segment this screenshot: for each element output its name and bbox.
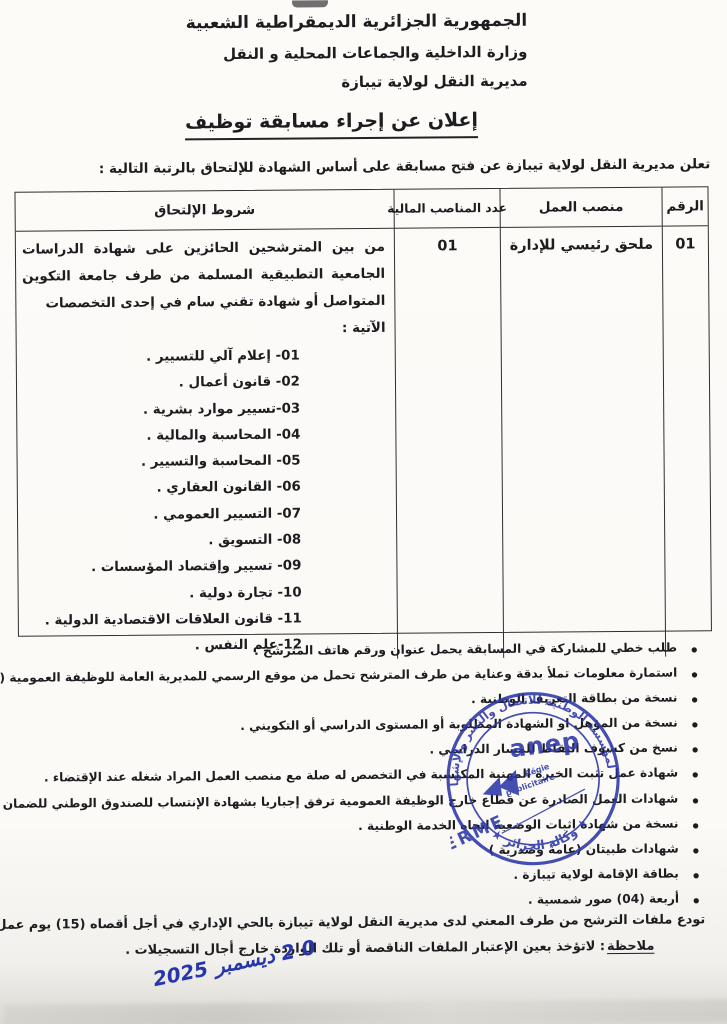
specialty-item: 06- القانون العقاري . [24,475,301,503]
note-label: ملاحظة [607,939,655,954]
ministry-title: وزارة الداخلية والجماعات المحلية و النقل [186,43,528,64]
announcement-title: إعلان عن إجراء مسابقة توظيف [185,109,478,140]
conditions-intro-tail: الآتية : [22,315,385,345]
republic-title: الجمهورية الجزائرية الديمقراطية الشعبية [186,11,528,34]
specialty-item: 05- المحاسبة والتسيير . [24,449,301,477]
col-header-conditions: شروط الإلتحاق [15,190,393,232]
note-line: ملاحظة: لاتؤخذ بعين الإعتبار الملفات الن… [125,939,654,958]
positions-table: الرقم منصب العمل عدد المناصب المالية شرو… [14,186,711,636]
col-header-position: منصب العمل [499,188,661,228]
col-header-posts: عدد المناصب المالية [393,189,499,229]
specialty-item: 11- قانون العلاقات الاقتصادية الدولية . [25,606,302,634]
row-number: 01 [662,226,711,656]
scanned-announcement-page: الجمهورية الجزائرية الديمقراطية الشعبية … [0,0,727,1024]
specialty-item: 09- تسيير وإقتصاد المؤسسات . [24,554,301,582]
document-content: الجمهورية الجزائرية الديمقراطية الشعبية … [0,0,727,1024]
scan-bottom-shadow [4,999,727,1024]
document-header: الجمهورية الجزائرية الديمقراطية الشعبية … [186,11,528,93]
specialty-item: 10- تجارة دولية . [25,580,302,608]
row-posts-count: 01 [394,228,503,658]
row-conditions: من بين المترشحين الحائزين على شهادة الدر… [16,229,397,662]
specialty-item: 08- التسويق . [24,528,301,556]
specialty-item: 01- إعلام آلي للتسيير . [23,343,300,371]
scan-artifact [292,0,328,7]
conditions-intro: من بين المترشحين الحائزين على شهادة الدر… [22,234,386,318]
note-text: : لاتؤخذ بعين الإعتبار الملفات الناقصة أ… [125,939,605,958]
specialty-item: 07- التسيير العمومي . [24,501,301,529]
specialty-item: 02- قانون أعمال . [23,370,300,398]
specialty-item: 04- المحاسبة والمالية . [23,422,300,450]
row-position: ملحق رئيسي للإدارة [500,227,665,658]
specialty-item: 03-تسيير موارد بشرية . [23,396,300,424]
specialties-list: 01- إعلام آلي للتسيير .02- قانون أعمال .… [23,343,388,661]
requirements-list: طلب خطي للمشاركة في المسابقة يحمل عنوان … [1,640,703,922]
directorate-title: مديرية النقل لولاية تيبازة [186,72,528,93]
intro-line: تعلن مديرية النقل لولاية تيبازة عن فتح م… [99,156,711,177]
col-header-number: الرقم [661,187,707,226]
